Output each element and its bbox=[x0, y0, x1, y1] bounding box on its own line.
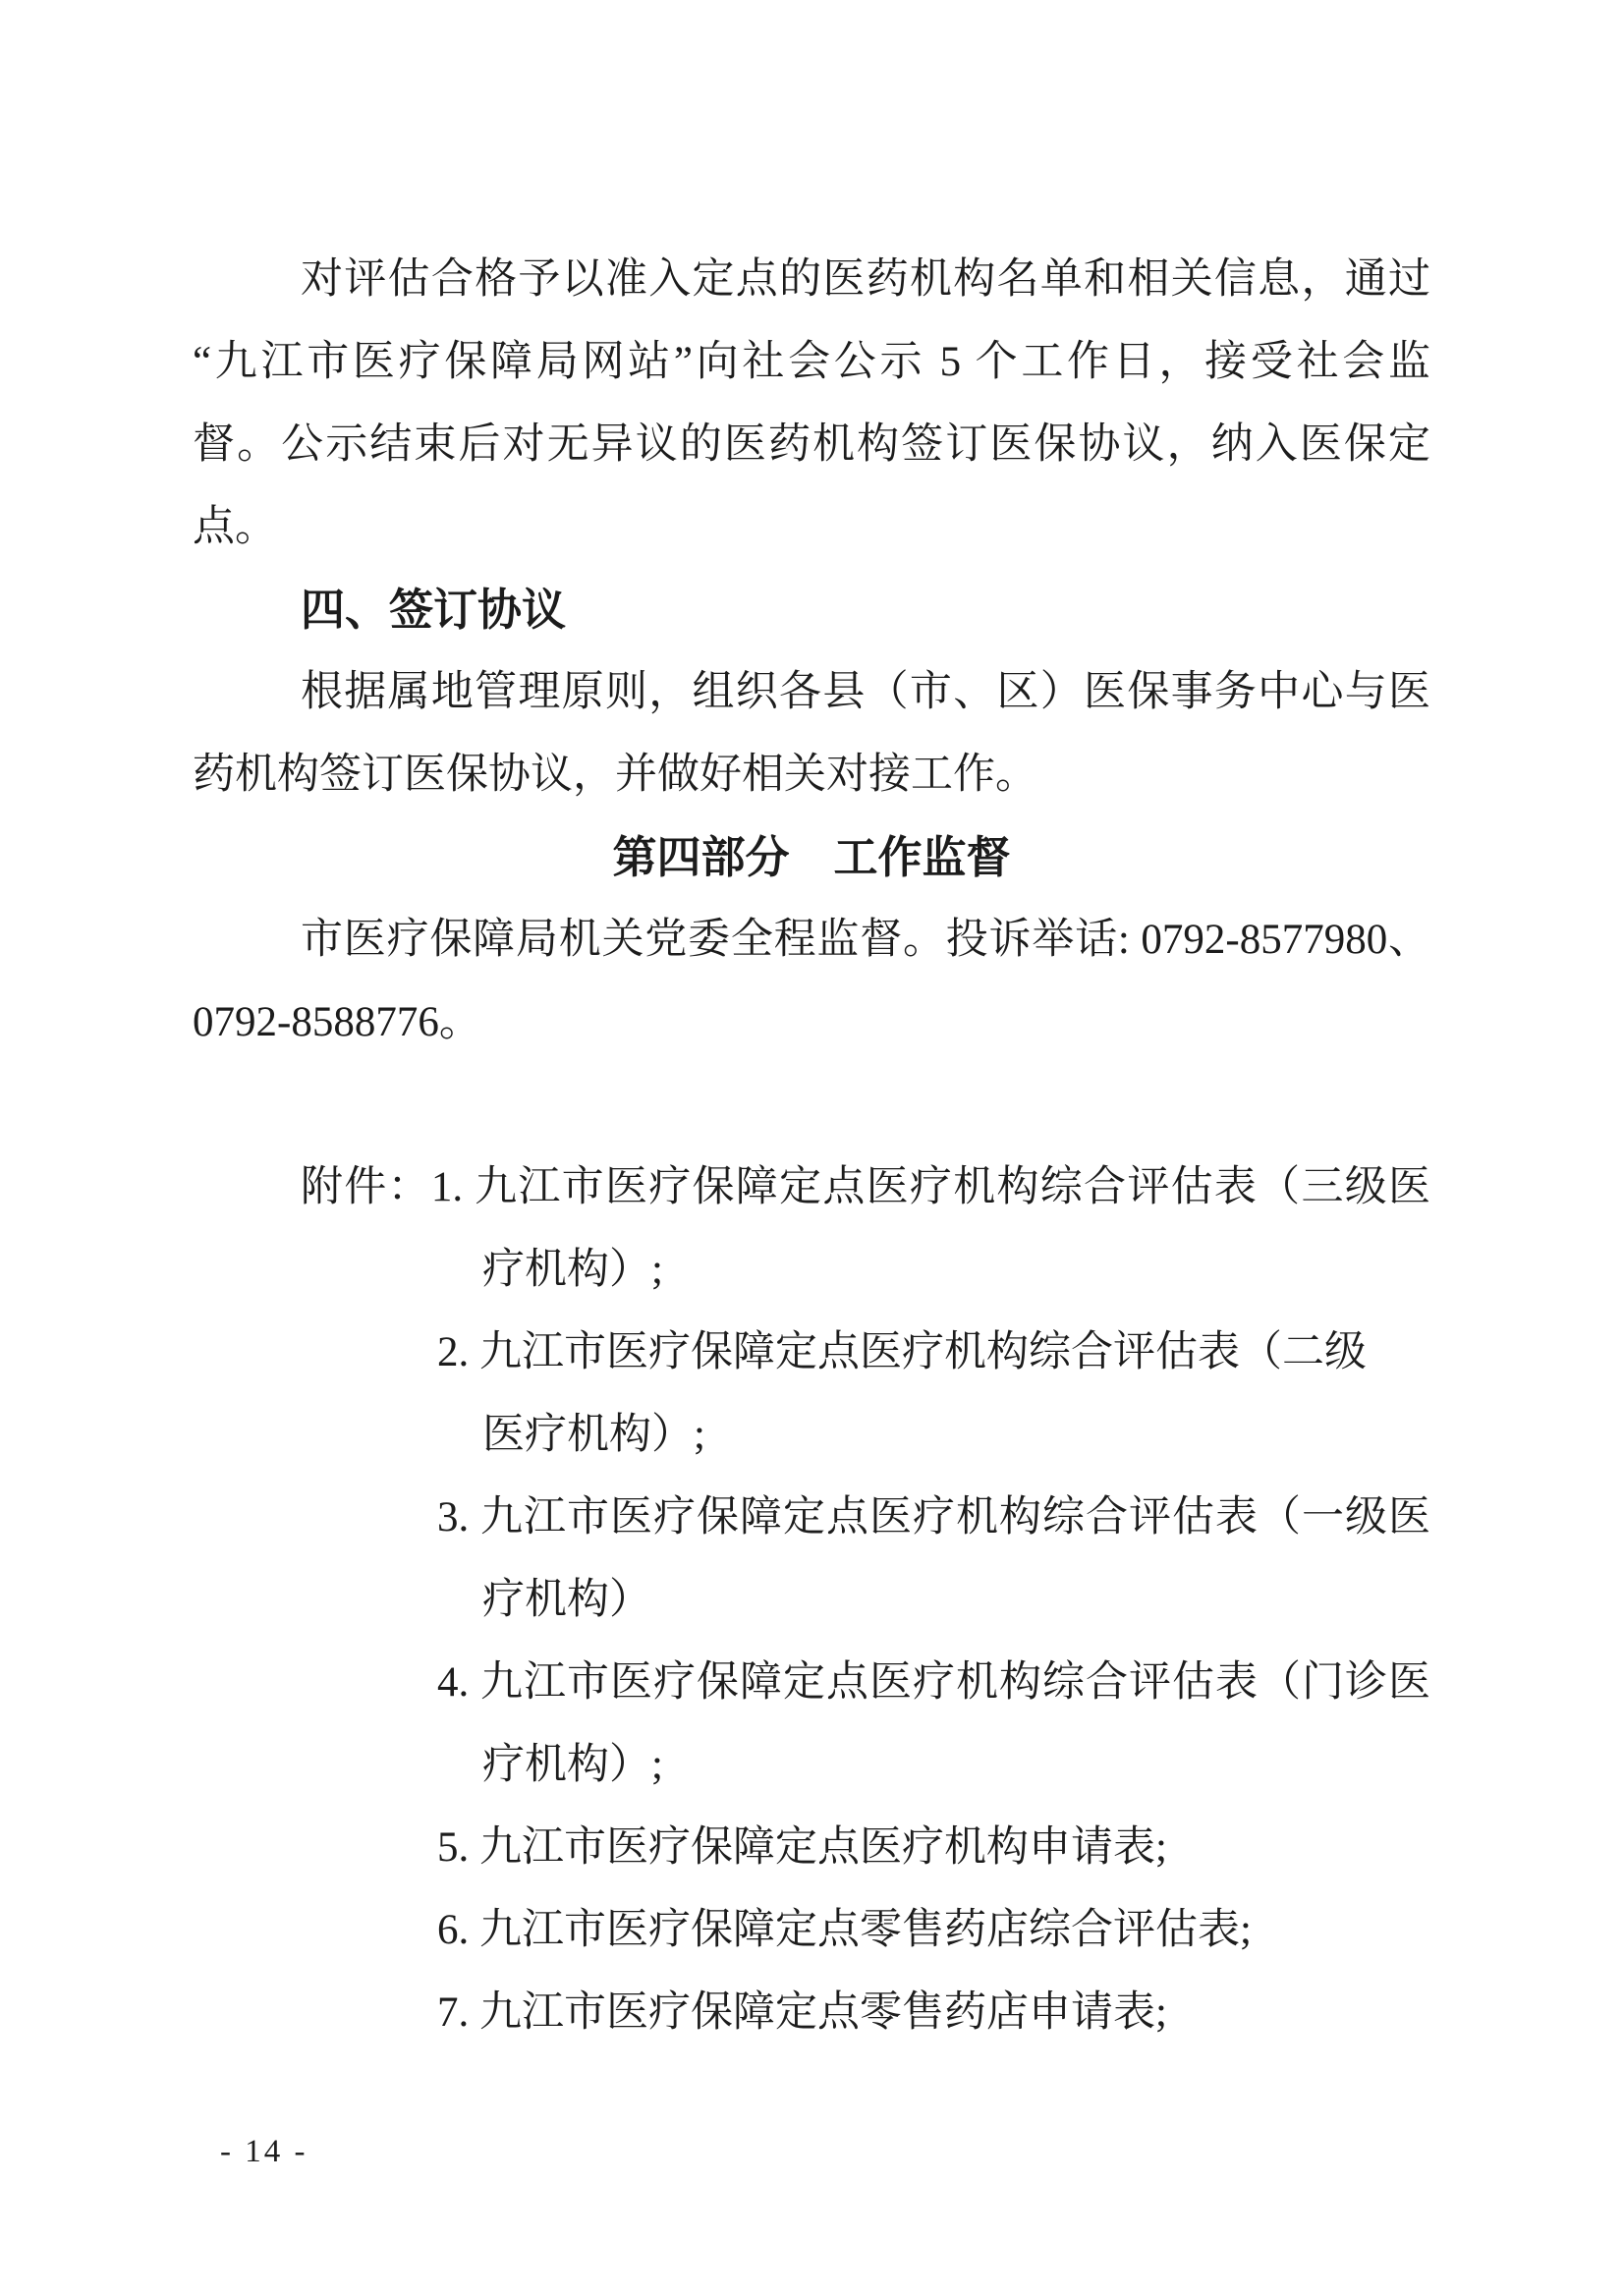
attachment-item-2-continuation: 医疗机构）; bbox=[193, 1394, 1430, 1477]
blank-line bbox=[193, 1064, 1430, 1147]
attachment-item-3-continuation: 疗机构） bbox=[193, 1559, 1430, 1642]
attachment-item-1-continuation: 疗机构）; bbox=[193, 1229, 1430, 1312]
attachment-item-4-continuation: 疗机构）; bbox=[193, 1724, 1430, 1807]
intro-paragraph-line-2: “九江市医疗保障局网站”向社会公示 5 个工作日，接受社会监 bbox=[193, 321, 1430, 404]
intro-paragraph-line-3: 督。公示结束后对无异议的医药机构签订医保协议，纳入医保定 bbox=[193, 404, 1430, 486]
attachment-item-7: 7. 九江市医疗保障定点零售药店申请表; bbox=[193, 1972, 1430, 2054]
attachments-label-and-item-1: 附件：1. 九江市医疗保障定点医疗机构综合评估表（三级医 bbox=[193, 1147, 1430, 1229]
attachment-item-3: 3. 九江市医疗保障定点医疗机构综合评估表（一级医 bbox=[193, 1477, 1430, 1559]
intro-paragraph-line-4: 点。 bbox=[193, 486, 1430, 569]
attachment-item-6: 6. 九江市医疗保障定点零售药店综合评估表; bbox=[193, 1889, 1430, 1972]
part-four-line-1: 市医疗保障局机关党委全程监督。投诉举话: 0792-8577980、 bbox=[193, 899, 1430, 981]
document-body: 对评估合格予以准入定点的医药机构名单和相关信息，通过 “九江市医疗保障局网站”向… bbox=[193, 239, 1430, 2054]
attachment-item-4: 4. 九江市医疗保障定点医疗机构综合评估表（门诊医 bbox=[193, 1642, 1430, 1724]
section-four-line-1: 根据属地管理原则，组织各县（市、区）医保事务中心与医 bbox=[193, 651, 1430, 734]
section-four-line-2: 药机构签订医保协议，并做好相关对接工作。 bbox=[193, 734, 1430, 816]
intro-paragraph-line-1: 对评估合格予以准入定点的医药机构名单和相关信息，通过 bbox=[193, 239, 1430, 321]
page-number: - 14 - bbox=[220, 2130, 308, 2173]
part-four-line-2: 0792-8588776。 bbox=[193, 981, 1430, 1064]
attachment-item-2: 2. 九江市医疗保障定点医疗机构综合评估表（二级 bbox=[193, 1312, 1430, 1394]
document-page: 对评估合格予以准入定点的医药机构名单和相关信息，通过 “九江市医疗保障局网站”向… bbox=[0, 0, 1623, 2296]
section-four-heading: 四、签订协议 bbox=[193, 569, 1430, 651]
part-four-heading: 第四部分 工作监督 bbox=[193, 816, 1430, 899]
attachment-item-5: 5. 九江市医疗保障定点医疗机构申请表; bbox=[193, 1807, 1430, 1889]
